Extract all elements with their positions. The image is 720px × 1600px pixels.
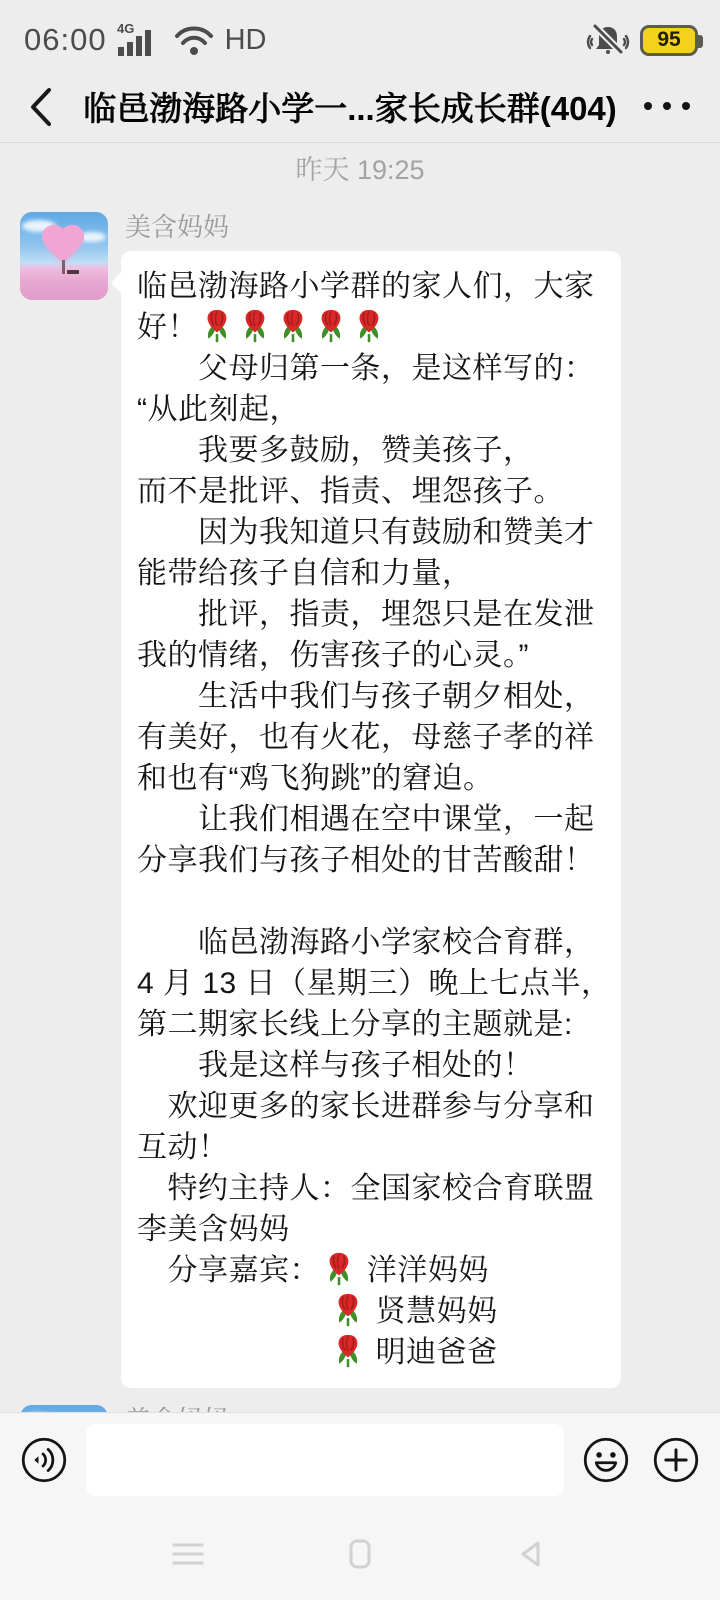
message-line: 因为我知道只有鼓励和赞美才	[137, 512, 605, 553]
message-line: 而不是批评、指责、埋怨孩子。	[137, 471, 605, 512]
input-bar	[0, 1413, 720, 1507]
rose-icon	[333, 1333, 363, 1369]
message-line: 我的情绪，伤害孩子的心灵。”	[137, 635, 605, 676]
message-line: 临邑渤海路小学家校合育群，	[137, 922, 605, 963]
message-line: 第二期家长线上分享的主题就是:	[137, 1004, 605, 1045]
message-line: 我要多鼓励，赞美孩子，	[137, 430, 605, 471]
message-input[interactable]	[86, 1424, 564, 1496]
dot-icon	[663, 102, 671, 110]
battery-icon: 95	[640, 25, 698, 56]
message-line	[137, 881, 605, 922]
hd-label: HD	[225, 24, 267, 57]
rose-icon	[278, 308, 308, 344]
message-line: 明迪爸爸	[137, 1332, 605, 1373]
rose-icon	[333, 1292, 363, 1328]
message-line: 临邑渤海路小学群的家人们，大家	[137, 266, 605, 307]
message-line: “从此刻起，	[137, 389, 605, 430]
back-button[interactable]	[28, 87, 54, 127]
attach-plus-button[interactable]	[652, 1436, 700, 1484]
date-separator: 昨天 19:25	[0, 150, 720, 190]
sender-name: 美含妈妈	[125, 1405, 229, 1412]
message-line: 让我们相遇在空中课堂，一起	[137, 799, 605, 840]
message-line: 和也有“鸡飞狗跳”的窘迫。	[137, 758, 605, 799]
chat-title: 临邑渤海路小学一...家长成长群(404)	[70, 70, 630, 142]
message-line: 欢迎更多的家长进群参与分享和	[137, 1086, 605, 1127]
message-line: 4 月 13 日（星期三）晚上七点半，	[137, 963, 605, 1004]
mute-vibrate-icon	[586, 21, 630, 59]
cellular-signal-icon: 4G	[117, 21, 163, 59]
message-line: 能带给孩子自信和力量，	[137, 553, 605, 594]
phone-screen: 06:00 4G HD	[0, 0, 720, 1600]
back-key[interactable]	[515, 1537, 549, 1571]
home-key[interactable]	[343, 1537, 377, 1571]
android-navigation	[0, 1507, 720, 1600]
voice-message-button[interactable]	[20, 1436, 68, 1484]
status-left: 06:00 4G HD	[24, 21, 266, 59]
wifi-icon	[173, 22, 215, 58]
battery-percent: 95	[657, 28, 680, 52]
message-partial: 美含妈妈	[0, 1405, 720, 1412]
message-line: 分享嘉宾： 洋洋妈妈	[137, 1250, 605, 1291]
message-line: 贤慧妈妈	[137, 1291, 605, 1332]
dot-icon	[682, 102, 690, 110]
rose-icon	[324, 1251, 354, 1287]
clock: 06:00	[24, 22, 107, 58]
avatar[interactable]	[20, 1405, 108, 1412]
more-menu-button[interactable]	[644, 70, 690, 142]
status-right: 95	[586, 21, 698, 59]
chat-area: 昨天 19:25 美含妈妈 临邑渤海路小学群的家人们，大家好！ 父母归第一条，是…	[0, 144, 720, 1412]
message-line: 分享我们与孩子相处的甘苦酸甜！	[137, 840, 605, 881]
message: 美含妈妈 临邑渤海路小学群的家人们，大家好！ 父母归第一条，是这样写的：“从此刻…	[0, 212, 720, 1388]
message-line: 我是这样与孩子相处的！	[137, 1045, 605, 1086]
message-line: 批评，指责，埋怨只是在发泄	[137, 594, 605, 635]
message-line: 好！	[137, 307, 605, 348]
message-line: 生活中我们与孩子朝夕相处，	[137, 676, 605, 717]
rose-icon	[316, 308, 346, 344]
rose-icon	[240, 308, 270, 344]
rose-icon	[354, 308, 384, 344]
svg-text:4G: 4G	[117, 21, 134, 36]
bench-decoration	[67, 270, 79, 274]
emoji-button[interactable]	[582, 1436, 630, 1484]
bottom-panel	[0, 1412, 720, 1600]
tree-trunk-decoration	[62, 260, 65, 274]
message-line: 父母归第一条，是这样写的：	[137, 348, 605, 389]
chat-header: 临邑渤海路小学一...家长成长群(404)	[0, 70, 720, 143]
avatar[interactable]	[20, 212, 108, 300]
message-line: 有美好，也有火花，母慈子孝的祥	[137, 717, 605, 758]
message-body: 美含妈妈	[121, 1405, 229, 1412]
status-bar: 06:00 4G HD	[0, 0, 720, 70]
message-body: 美含妈妈 临邑渤海路小学群的家人们，大家好！ 父母归第一条，是这样写的：“从此刻…	[121, 212, 621, 1388]
sender-name: 美含妈妈	[125, 212, 621, 242]
dot-icon	[644, 102, 652, 110]
message-line: 李美含妈妈	[137, 1209, 605, 1250]
message-line: 特约主持人：全国家校合育联盟	[137, 1168, 605, 1209]
rose-icon	[202, 308, 232, 344]
heart-tree-decoration	[46, 229, 80, 263]
message-line: 互动！	[137, 1127, 605, 1168]
recents-menu-key[interactable]	[171, 1537, 205, 1571]
message-bubble[interactable]: 临邑渤海路小学群的家人们，大家好！ 父母归第一条，是这样写的：“从此刻起， 我要…	[121, 251, 621, 1388]
